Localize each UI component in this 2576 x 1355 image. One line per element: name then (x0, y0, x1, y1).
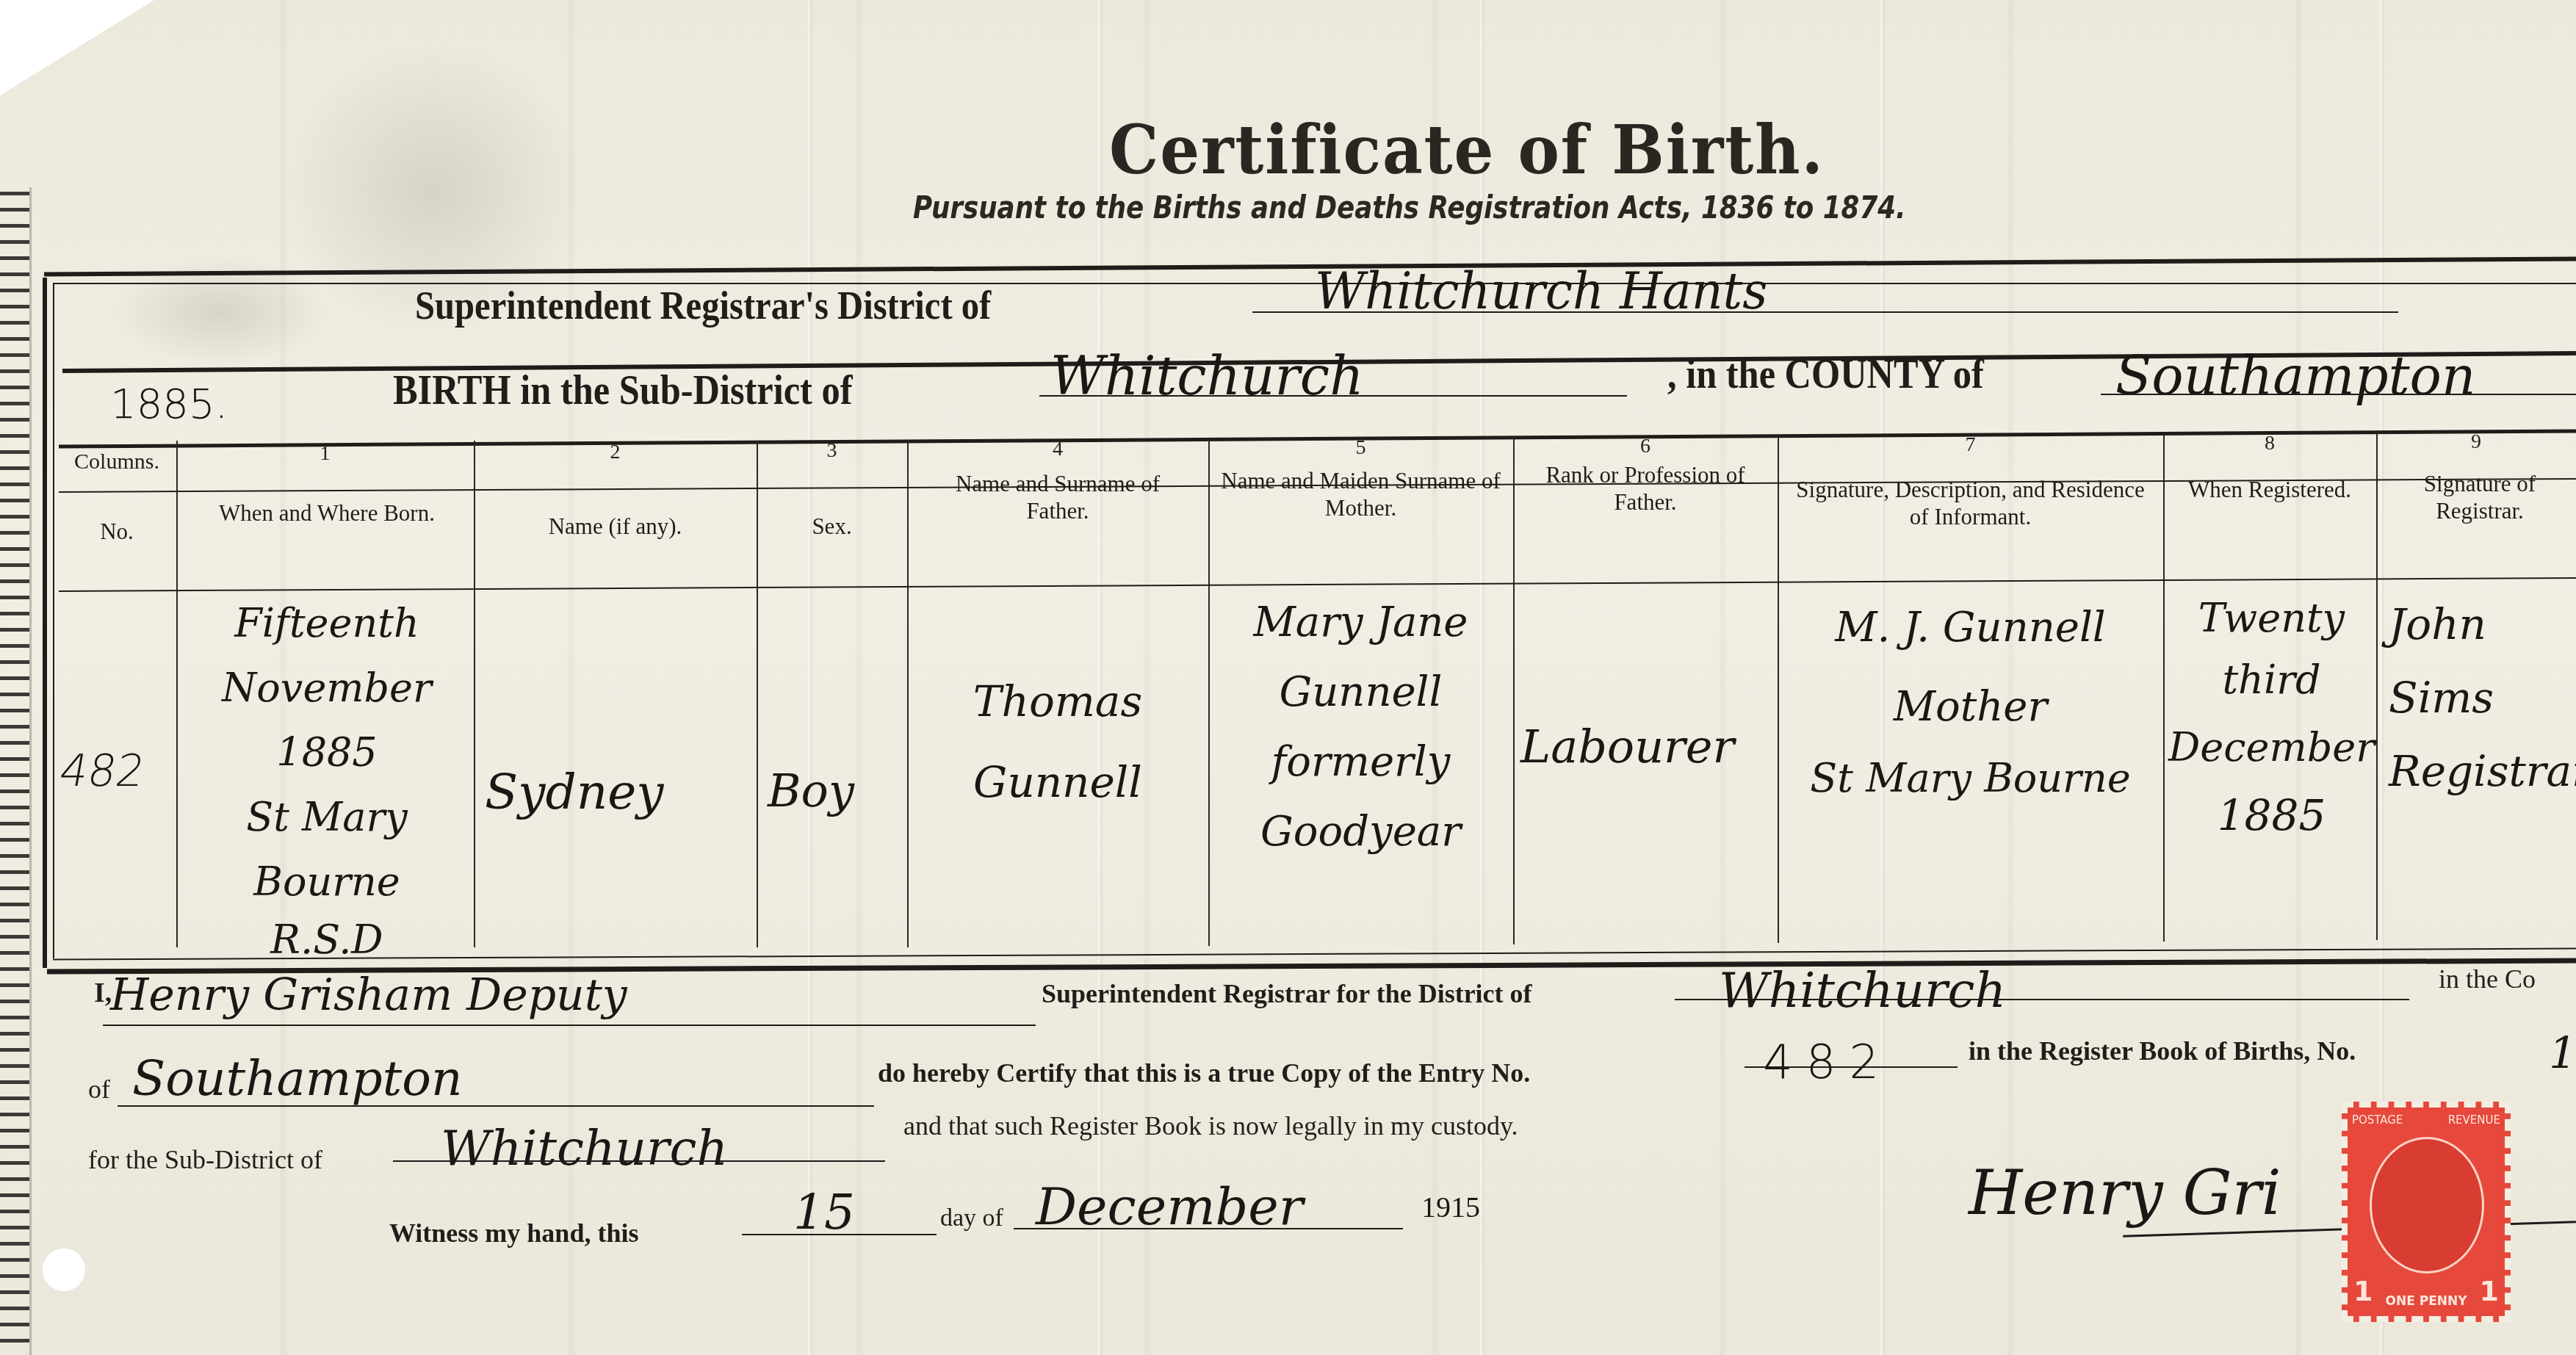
stamp-postage-text: POSTAGE (2352, 1113, 2403, 1127)
born-day: Fifteenth (180, 591, 474, 656)
district-underline (1252, 311, 2398, 313)
entry-registrar: John Sims Registrar (2380, 588, 2576, 808)
registrar-forename: John (2380, 588, 2576, 661)
county-underline (2101, 394, 2576, 395)
cert-entry-no: 482 (1763, 1036, 1892, 1090)
cert-line2-mid-a: do hereby Certify that this is a true Co… (878, 1058, 1530, 1088)
col-number-3: 3 (757, 439, 907, 463)
born-place-2: Bourne (180, 850, 474, 914)
header-profession: Rank or Profession of Father. (1528, 461, 1763, 516)
spiral-binding (0, 187, 32, 1355)
header-mother: Name and Maiden Surname of Mother. (1216, 467, 1506, 521)
cert-line3-prefix: for the Sub-District of (88, 1144, 322, 1175)
cert-district: Whitchurch (1719, 962, 2006, 1019)
col-number-1: 1 (176, 442, 474, 466)
entry-name: Sydney (485, 764, 664, 820)
registrar-signature: Henry Gri (1969, 1157, 2281, 1229)
col-number-7: 7 (1778, 433, 2163, 457)
informant-signature: M. J. Gunnell (1781, 584, 2160, 672)
entry-father: Thomas Gunnell (911, 661, 1205, 823)
entry-profession: Labourer (1520, 720, 1734, 773)
cert-entry-underline (1745, 1066, 1958, 1068)
col-number-4: 4 (907, 438, 1208, 461)
col-divider (176, 441, 178, 947)
cert-district-underline (1675, 999, 2409, 1000)
entry-sex: Boy (768, 764, 854, 817)
sub-district-label: BIRTH in the Sub-District of (393, 367, 852, 414)
cert-sub-district-underline (393, 1160, 885, 1162)
born-month: November (180, 656, 474, 720)
register-year: 1885. (110, 380, 228, 428)
frame-left-rule (43, 278, 47, 968)
col-number-8: 8 (2163, 432, 2376, 455)
entry-mother: Mary Jane Gunnell formerly Goodyear (1212, 588, 1509, 867)
day-of-label: day of (940, 1204, 1003, 1232)
certificate-title: Certificate of Birth. (1109, 110, 1825, 189)
informant-description: Mother (1781, 672, 2160, 742)
col-divider (907, 441, 909, 947)
mother-forenames: Mary Jane (1212, 588, 1509, 657)
entry-when-where-born: Fifteenth November 1885 St Mary Bourne R… (180, 591, 474, 966)
registrar-surname: Sims (2380, 661, 2576, 734)
col-number-2: 2 (474, 441, 757, 464)
cert-sub-district: Whitchurch (441, 1120, 728, 1177)
stamp-king-portrait (2370, 1137, 2484, 1273)
header-name: Name (if any). (474, 513, 757, 540)
registered-day-2: third (2167, 649, 2376, 711)
witness-day-underline (742, 1234, 937, 1235)
col-number-5: 5 (1208, 436, 1513, 460)
punch-hole (43, 1249, 85, 1291)
mother-surname: Gunnell (1212, 657, 1509, 727)
entry-when-registered: Twenty third December 1885 (2167, 588, 2376, 846)
sub-district-underline (1039, 395, 1627, 397)
col-number-9: 9 (2376, 430, 2576, 454)
columns-label: Columns. (57, 449, 176, 474)
mother-formerly: formerly (1212, 727, 1509, 797)
witness-day: 15 (793, 1184, 855, 1240)
col-divider (1208, 439, 1210, 946)
cert-line1-mid: Superintendent Registrar for the Distric… (1042, 978, 1532, 1009)
header-when-registered: When Registered. (2178, 476, 2362, 503)
cert-line3-suffix: and that such Register Book is now legal… (903, 1110, 1518, 1141)
witness-label: Witness my hand, this (389, 1218, 638, 1249)
postage-stamp: POSTAGE REVENUE 1 1 ONE PENNY (2342, 1102, 2511, 1322)
cert-prefix: I, (94, 977, 112, 1009)
registered-year: 1885 (2167, 784, 2376, 846)
col-divider (1513, 438, 1515, 944)
cert-line2-prefix: of (88, 1074, 110, 1105)
cert-county-underline (118, 1105, 874, 1107)
col-divider (2376, 433, 2378, 940)
cert-name-underline (103, 1025, 1036, 1026)
cert-county: Southampton (132, 1050, 462, 1107)
sub-district-value: Whitchurch (1050, 345, 1364, 407)
county-label: , in the COUNTY of (1667, 351, 1984, 398)
entry-no: 482 (56, 745, 149, 797)
col-number-6: 6 (1513, 435, 1778, 458)
registered-month: December (2167, 711, 2376, 784)
witness-year: 1915 (1421, 1190, 1480, 1224)
father-forename: Thomas (911, 661, 1205, 742)
cert-line2-mid-b: in the Register Book of Births, No. (1969, 1036, 2356, 1066)
mother-maiden-name: Goodyear (1212, 797, 1509, 867)
header-when-where-born: When and Where Born. (206, 499, 448, 527)
registered-day-1: Twenty (2167, 588, 2376, 649)
fold-crease (808, 0, 812, 1355)
informant-residence: St Mary Bourne (1781, 742, 2160, 815)
district-label: Superintendent Registrar's District of (415, 283, 991, 328)
col-divider (2163, 435, 2165, 942)
header-registrar: Signature of Registrar. (2384, 470, 2576, 524)
certificate-subtitle: Pursuant to the Births and Deaths Regist… (913, 189, 1906, 225)
stamp-denomination: ONE PENNY (2348, 1294, 2505, 1309)
registrar-title: Registrar (2380, 734, 2576, 808)
col-divider (1778, 436, 1779, 943)
born-place-1: St Mary (180, 785, 474, 850)
born-year: 1885 (180, 720, 474, 785)
cert-registrar-name: Henry Grisham Deputy (110, 969, 627, 1021)
cert-line1-suffix: in the Co (2439, 964, 2536, 994)
stamp-revenue-text: REVENUE (2448, 1113, 2500, 1127)
header-informant: Signature, Description, and Residence of… (1785, 476, 2156, 530)
header-no: No. (57, 518, 176, 545)
cert-book-no: 1 (2549, 1028, 2576, 1080)
frame-left-inner-rule (53, 283, 54, 958)
header-sex: Sex. (757, 513, 907, 540)
county-value: Southampton (2115, 345, 2475, 407)
father-surname: Gunnell (911, 742, 1205, 823)
entry-informant: M. J. Gunnell Mother St Mary Bourne (1781, 584, 2160, 815)
witness-month-underline (1014, 1228, 1403, 1229)
header-father: Name and Surname of Father. (948, 470, 1168, 524)
